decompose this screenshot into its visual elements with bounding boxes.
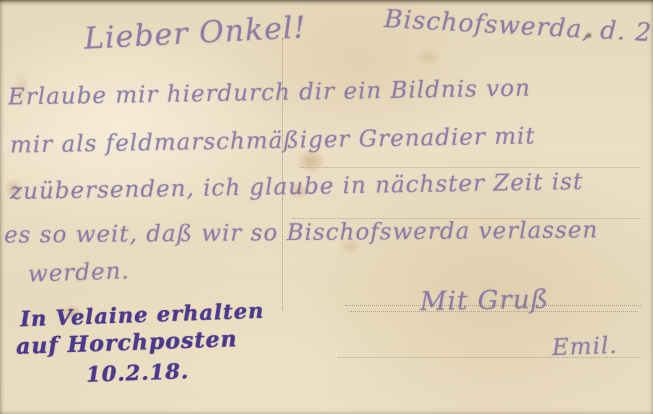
body-line-1: Erlaube mir hierdurch dir ein Bildnis vo… [8,75,531,110]
body-line-4: es so weit, daß wir so Bischofswerda ver… [4,217,599,248]
annotation-line-2: auf Horchposten [16,326,238,360]
salutation-text: Lieber Onkel! [83,10,307,57]
body-line-5: werden. [28,258,131,288]
postcard-back: Lieber Onkel! Bischofswerda, d. 2.1. Erl… [0,0,653,414]
body-line-3: zuübersenden, ich glaube in nächster Zei… [10,169,584,205]
body-line-2: mir als feldmarschmäßiger Grenadier mit [10,123,536,158]
signature-text: Emil. [552,333,618,361]
place-date-text: Bischofswerda, d. 2.1. [383,4,653,49]
closing-text: Mit Gruß [420,285,549,317]
annotation-date: 10.2.18. [86,358,190,387]
age-stain [415,48,441,66]
address-ruled-line-1 [300,167,640,168]
